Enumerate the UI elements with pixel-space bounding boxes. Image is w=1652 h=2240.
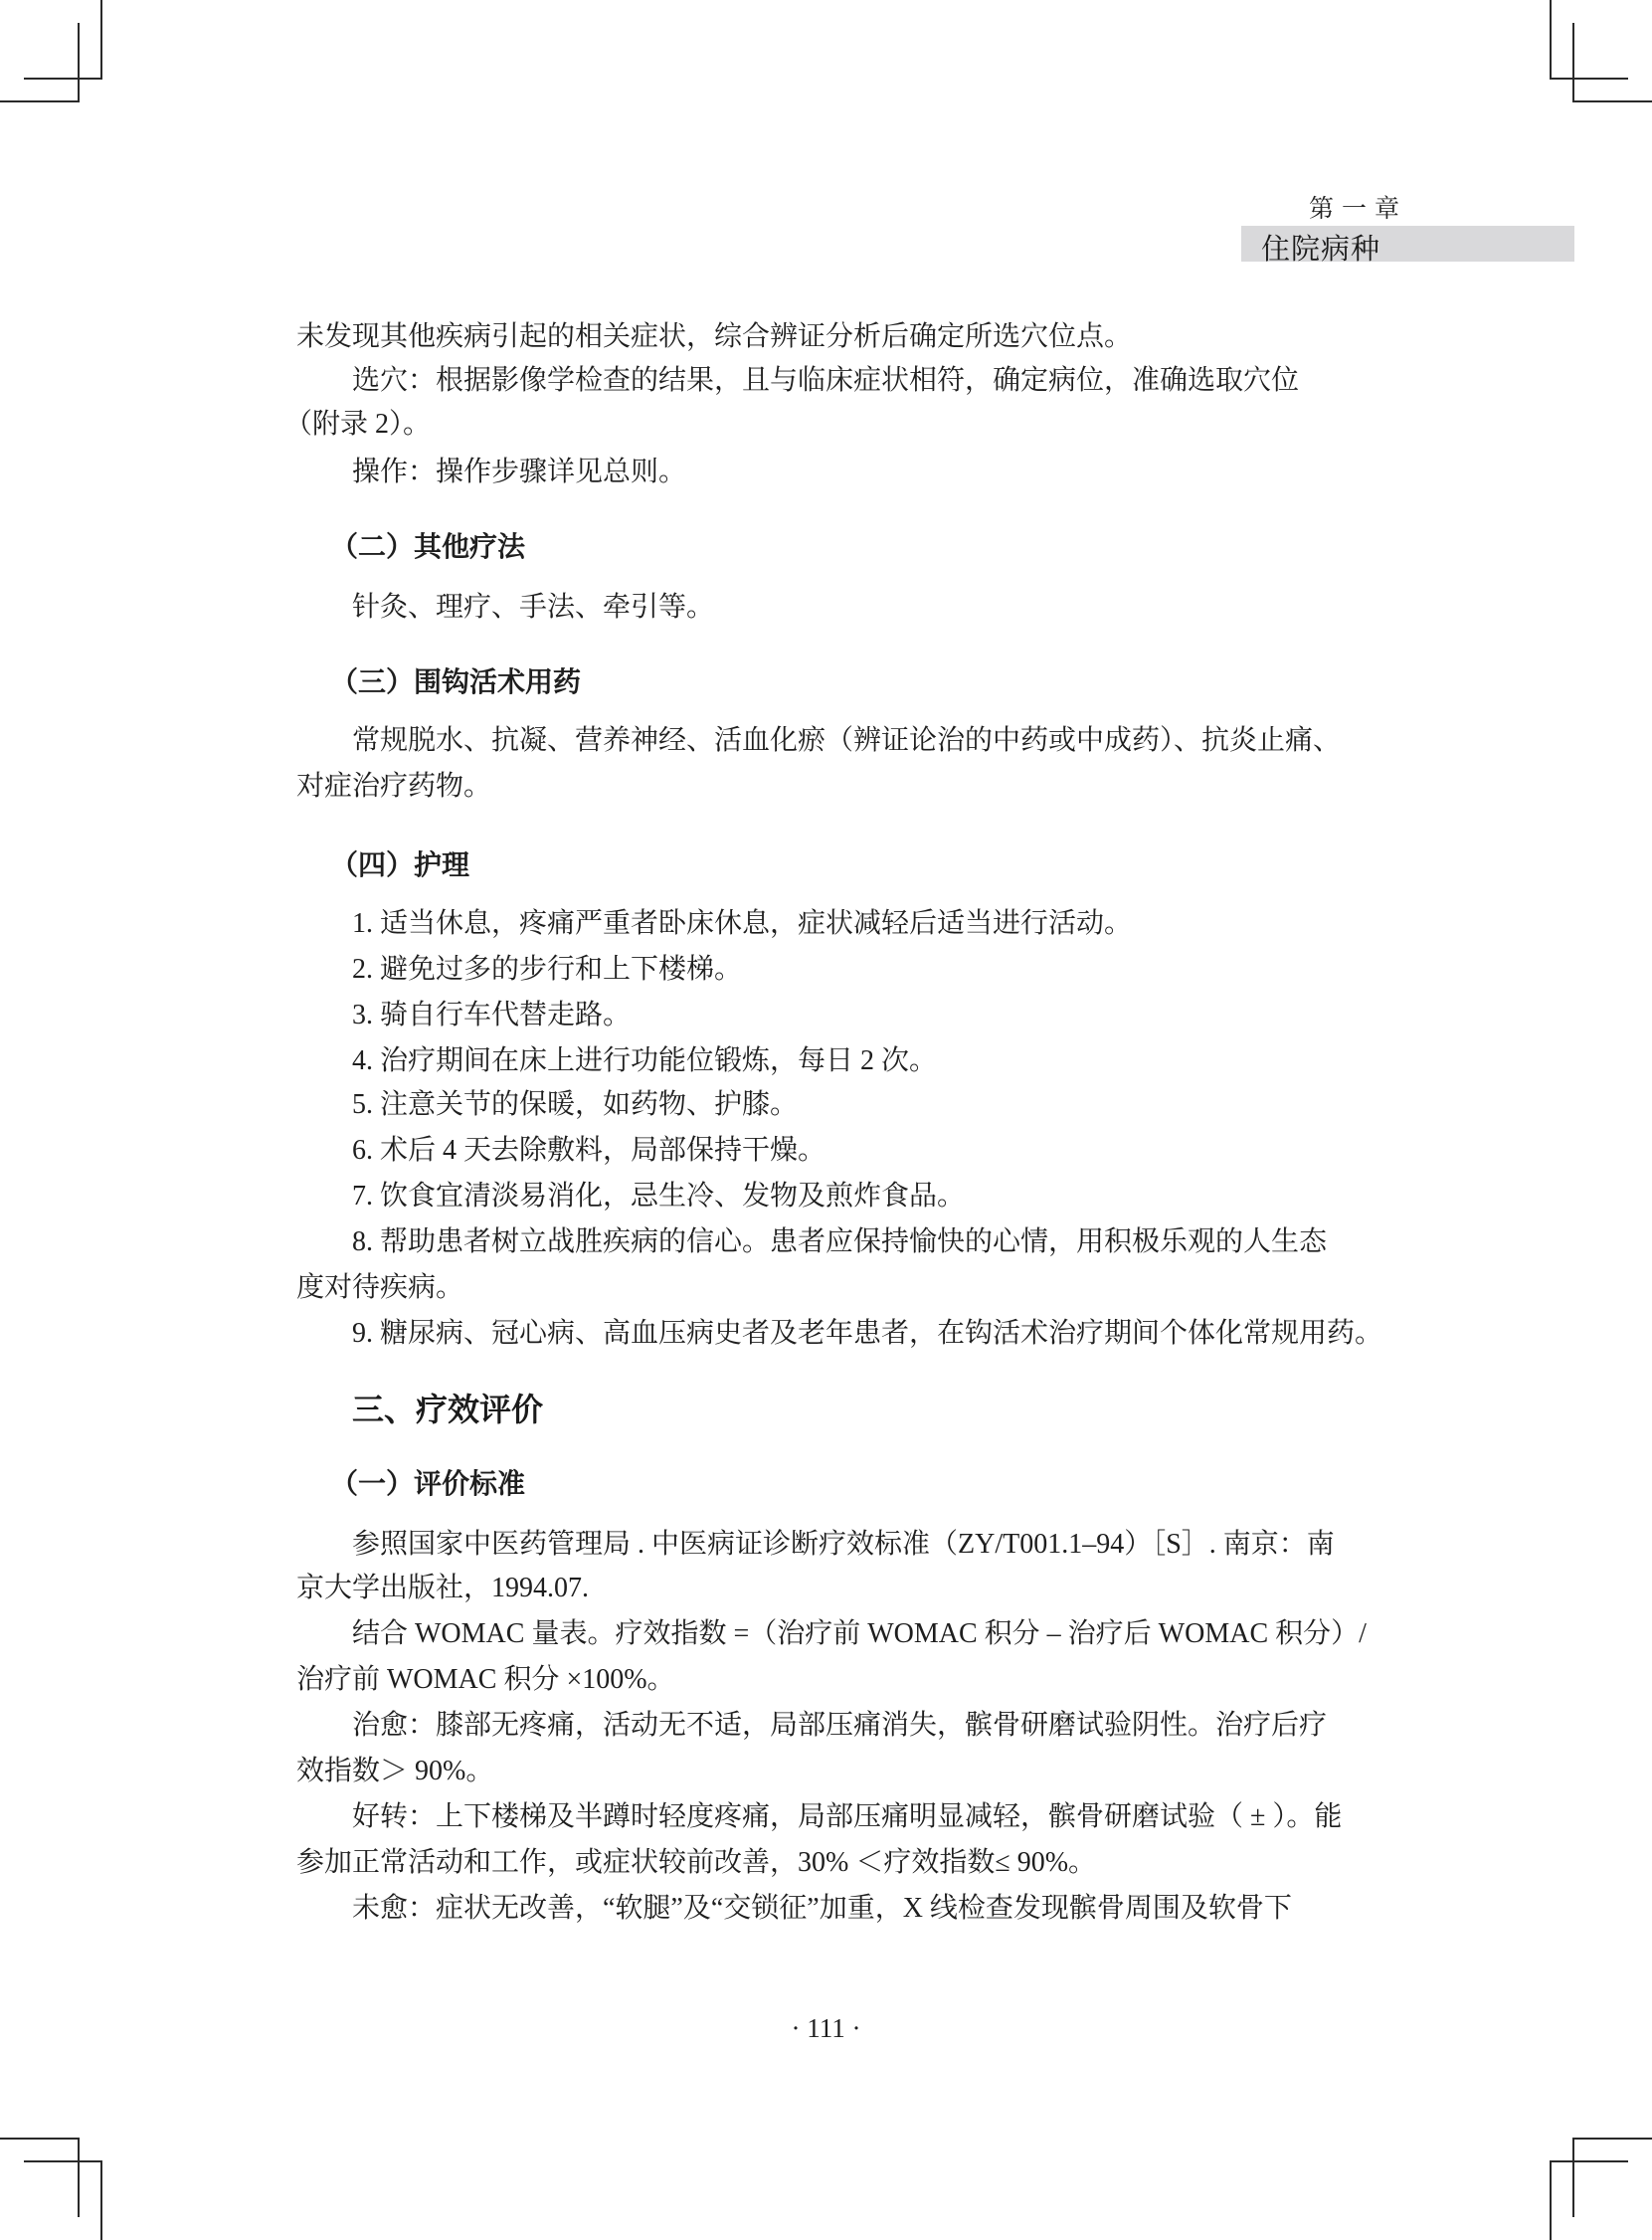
paragraph: 参加正常活动和工作，或症状较前改善，30% ＜疗效指数≤ 90%。 bbox=[296, 1846, 1096, 1880]
crop-mark-bottom-left bbox=[0, 2138, 80, 2140]
section-header-bar: 住院病种 bbox=[1241, 226, 1574, 262]
paragraph: 参照国家中医药管理局 . 中医病证诊断疗效标准（ZY/T001.1–94）［S］… bbox=[352, 1528, 1335, 1562]
crop-mark-top-right bbox=[1550, 78, 1628, 80]
crop-mark-top-left bbox=[78, 23, 80, 102]
list-item: 5. 注意关节的保暖，如药物、护膝。 bbox=[352, 1088, 798, 1122]
paragraph: 未发现其他疾病引起的相关症状，综合辨证分析后确定所选穴位点。 bbox=[296, 320, 1132, 354]
crop-mark-bottom-right bbox=[1572, 2138, 1574, 2217]
list-item: 7. 饮食宜清淡易消化，忌生冷、发物及煎炸食品。 bbox=[352, 1180, 965, 1213]
list-item: 6. 术后 4 天去除敷料，局部保持干燥。 bbox=[352, 1134, 826, 1168]
paragraph: 针灸、理疗、手法、牵引等。 bbox=[352, 591, 714, 625]
crop-mark-bottom-right bbox=[1572, 2138, 1652, 2140]
crop-mark-top-right bbox=[1572, 23, 1574, 102]
subheading-nursing: （四）护理 bbox=[330, 843, 469, 883]
list-item: 2. 避免过多的步行和上下楼梯。 bbox=[352, 953, 742, 987]
crop-mark-top-right bbox=[1550, 0, 1552, 79]
crop-mark-top-left bbox=[24, 78, 102, 80]
subheading-other-therapies: （二）其他疗法 bbox=[330, 525, 525, 565]
paragraph: 操作：操作步骤详见总则。 bbox=[352, 456, 686, 489]
section-title: 住院病种 bbox=[1261, 227, 1380, 268]
list-item: 8. 帮助患者树立战胜疾病的信心。患者应保持愉快的心情，用积极乐观的人生态 bbox=[352, 1225, 1327, 1259]
paragraph: （附录 2）。 bbox=[284, 408, 431, 442]
paragraph: 好转：上下楼梯及半蹲时轻度疼痛，局部压痛明显减轻，髌骨研磨试验（ ± ）。能 bbox=[352, 1800, 1342, 1834]
paragraph: 未愈：症状无改善，“软腿”及“交锁征”加重，X 线检查发现髌骨周围及软骨下 bbox=[352, 1892, 1292, 1926]
paragraph: 结合 WOMAC 量表。疗效指数 =（治疗前 WOMAC 积分 – 治疗后 WO… bbox=[352, 1617, 1367, 1651]
chapter-label: 第一章 bbox=[1309, 189, 1407, 225]
crop-mark-top-right bbox=[1572, 100, 1652, 102]
paragraph: 治愈：膝部无疼痛，活动无不适，局部压痛消失，髌骨研磨试验阴性。治疗后疗 bbox=[352, 1709, 1327, 1743]
crop-mark-top-left bbox=[100, 0, 102, 79]
subheading-evaluation-criteria: （一）评价标准 bbox=[330, 1462, 525, 1502]
crop-mark-top-left bbox=[0, 100, 80, 102]
paragraph: 效指数＞ 90%。 bbox=[296, 1755, 493, 1788]
paragraph: 常规脱水、抗凝、营养神经、活血化瘀（辨证论治的中药或中成药）、抗炎止痛、 bbox=[352, 724, 1341, 758]
list-item: 3. 骑自行车代替走路。 bbox=[352, 999, 631, 1032]
paragraph: 选穴：根据影像学检查的结果，且与临床症状相符，确定病位，准确选取穴位 bbox=[352, 364, 1299, 398]
list-item: 1. 适当休息，疼痛严重者卧床休息，症状减轻后适当进行活动。 bbox=[352, 907, 1132, 941]
subheading-perioperative-drugs: （三）围钩活术用药 bbox=[330, 660, 581, 700]
paragraph: 京大学出版社，1994.07. bbox=[296, 1572, 589, 1605]
crop-mark-bottom-right bbox=[1550, 2160, 1552, 2240]
section-heading-efficacy-evaluation: 三、疗效评价 bbox=[352, 1385, 543, 1430]
crop-mark-bottom-left bbox=[100, 2160, 102, 2240]
list-item: 度对待疾病。 bbox=[296, 1271, 463, 1305]
paragraph: 对症治疗药物。 bbox=[296, 770, 491, 804]
list-item: 4. 治疗期间在床上进行功能位锻炼，每日 2 次。 bbox=[352, 1044, 937, 1078]
page-number: · 111 · bbox=[0, 2013, 1652, 2044]
list-item: 9. 糖尿病、冠心病、高血压病史者及老年患者，在钩活术治疗期间个体化常规用药。 bbox=[352, 1317, 1382, 1351]
crop-mark-bottom-right bbox=[1550, 2160, 1628, 2162]
crop-mark-bottom-left bbox=[78, 2138, 80, 2217]
crop-mark-bottom-left bbox=[24, 2160, 102, 2162]
paragraph: 治疗前 WOMAC 积分 ×100%。 bbox=[296, 1663, 675, 1697]
